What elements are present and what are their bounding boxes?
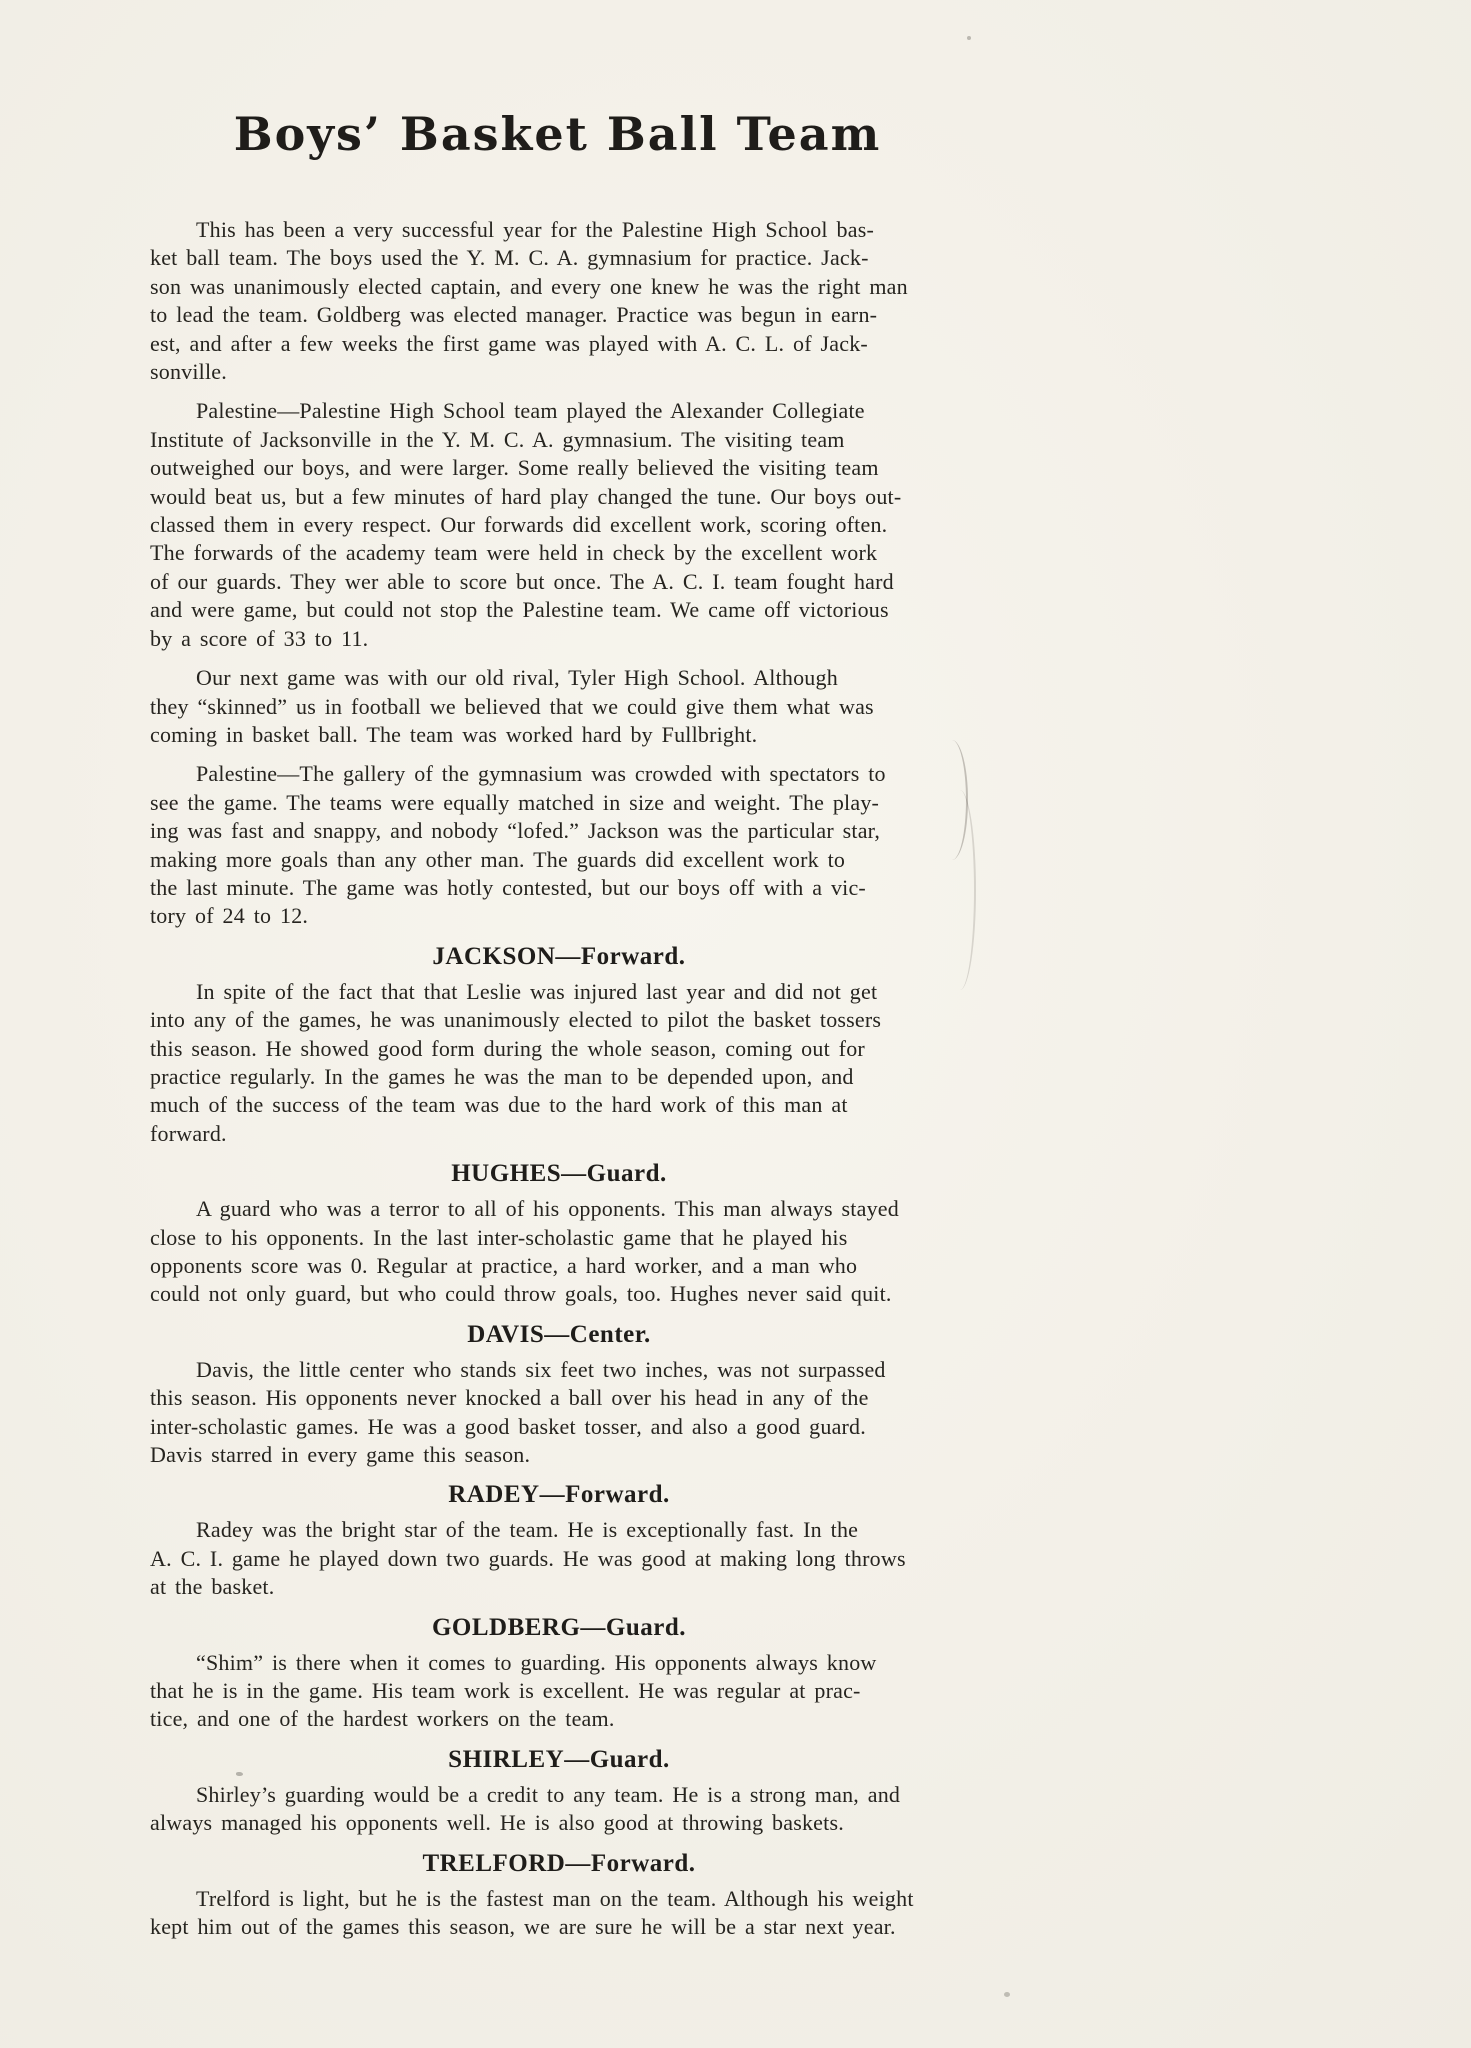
page-title: Boys’ Basket Ball Team (150, 107, 965, 161)
palestine-aci-paragraph: Palestine—Palestine High School team pla… (150, 397, 968, 653)
tyler-game-paragraph: Our next game was with our old rival, Ty… (150, 664, 968, 749)
scan-speck (967, 36, 971, 40)
heading-radey: RADEY—Forward. (150, 1480, 968, 1510)
page-body: This has been a very successful year for… (150, 216, 968, 1953)
shirley-paragraph: Shirley’s guarding would be a credit to … (150, 1781, 968, 1838)
heading-davis: DAVIS—Center. (150, 1320, 968, 1350)
davis-paragraph: Davis, the little center who stands six … (150, 1356, 968, 1470)
hughes-paragraph: A guard who was a terror to all of his o… (150, 1195, 968, 1309)
heading-jackson: JACKSON—Forward. (150, 942, 968, 972)
scan-speck (236, 1772, 243, 1776)
heading-shirley: SHIRLEY—Guard. (150, 1745, 968, 1775)
palestine-tyler-paragraph: Palestine—The gallery of the gymnasium w… (150, 760, 968, 930)
scan-speck (1004, 1992, 1010, 1997)
jackson-paragraph: In spite of the fact that that Leslie wa… (150, 978, 968, 1148)
page-crease-mark (960, 790, 976, 990)
radey-paragraph: Radey was the bright star of the team. H… (150, 1516, 968, 1601)
heading-trelford: TRELFORD—Forward. (150, 1849, 968, 1879)
trelford-paragraph: Trelford is light, but he is the fastest… (150, 1885, 968, 1942)
intro-paragraph: This has been a very successful year for… (150, 216, 968, 386)
heading-hughes: HUGHES—Guard. (150, 1159, 968, 1189)
heading-goldberg: GOLDBERG—Guard. (150, 1613, 968, 1643)
yearbook-page: Boys’ Basket Ball Team This has been a v… (0, 0, 1471, 2048)
goldberg-paragraph: “Shim” is there when it comes to guardin… (150, 1649, 968, 1734)
